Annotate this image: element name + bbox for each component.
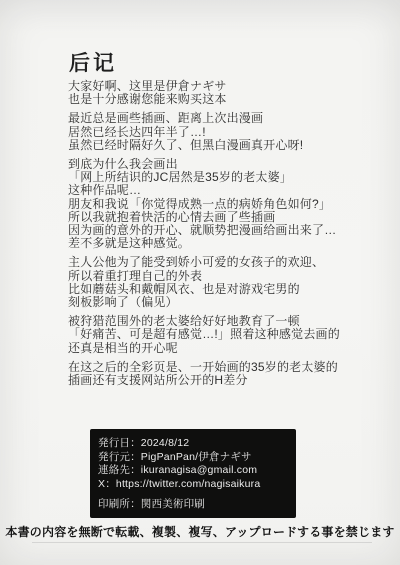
- text-line: 所以着重打理自己的外表: [68, 270, 378, 283]
- text-line: 还真是相当的开心呢: [68, 342, 378, 355]
- publication-date-line: 発行日：2024/8/12: [98, 437, 290, 451]
- text-line: 「好痛苦、可是超有感觉…!」照着这种感觉去画的: [68, 328, 378, 341]
- paragraph-lesson: 被狩猎范围外的老太婆给好好地教育了一顿 「好痛苦、可是超有感觉…!」照着这种感觉…: [68, 315, 378, 355]
- text-line: 差不多就是这种感觉。: [68, 237, 378, 250]
- publisher-line: 発行元：PigPanPan/伊倉ナギサ: [98, 451, 290, 465]
- twitter-url-line: X：https://twitter.com/nagisaikura: [98, 478, 290, 492]
- copyright-warning: 本書の内容を無断で転載、複製、複写、アップロードする事を禁じます: [0, 523, 400, 540]
- paragraph-recent-works: 最近总是画些插画、距离上次出漫画 居然已经长达四年半了…! 虽然已经时隔好久了、…: [68, 112, 378, 152]
- colophon-box: 発行日：2024/8/12 発行元：PigPanPan/伊倉ナギサ 連絡先：ik…: [90, 429, 296, 518]
- paragraph-protagonist: 主人公他为了能受到娇小可爱的女孩子的欢迎、 所以着重打理自己的外表 比如蘑菇头和…: [68, 256, 378, 309]
- scan-crease-line: [32, 542, 372, 543]
- text-line: 这种作品呢…: [68, 184, 378, 197]
- text-line: 刻板影响了（偏见）: [68, 296, 378, 309]
- afterword-body: 大家好啊、这里是伊倉ナギサ 也是十分感谢您能来购买这本 最近总是画些插画、距离上…: [68, 80, 378, 393]
- paragraph-greeting: 大家好啊、这里是伊倉ナギサ 也是十分感谢您能来购买这本: [68, 80, 378, 106]
- page-title: 后记: [69, 47, 117, 77]
- text-line: 居然已经长达四年半了…!: [68, 126, 378, 139]
- paragraph-color-pages: 在这之后的全彩页是、一开始画的35岁的老太婆的 插画还有支援网站所公开的H差分: [68, 361, 378, 387]
- paragraph-why-drawn: 到底为什么我会画出 「网上所结识的JC居然是35岁的老太婆」 这种作品呢… 朋友…: [68, 158, 378, 250]
- text-line: 也是十分感谢您能来购买这本: [68, 93, 378, 106]
- text-line: 主人公他为了能受到娇小可爱的女孩子的欢迎、: [68, 256, 378, 269]
- text-line: 虽然已经时隔好久了、但黑白漫画真开心呀!: [68, 139, 378, 152]
- text-line: 最近总是画些插画、距离上次出漫画: [68, 112, 378, 125]
- contact-email-line: 連絡先：ikuranagisa@gmail.com: [98, 464, 290, 478]
- printer-line: 印刷所：関西美術印刷: [98, 498, 290, 512]
- text-line: 插画还有支援网站所公开的H差分: [68, 374, 378, 387]
- text-line: 朋友和我说「你觉得成熟一点的病娇角色如何?」: [68, 198, 378, 211]
